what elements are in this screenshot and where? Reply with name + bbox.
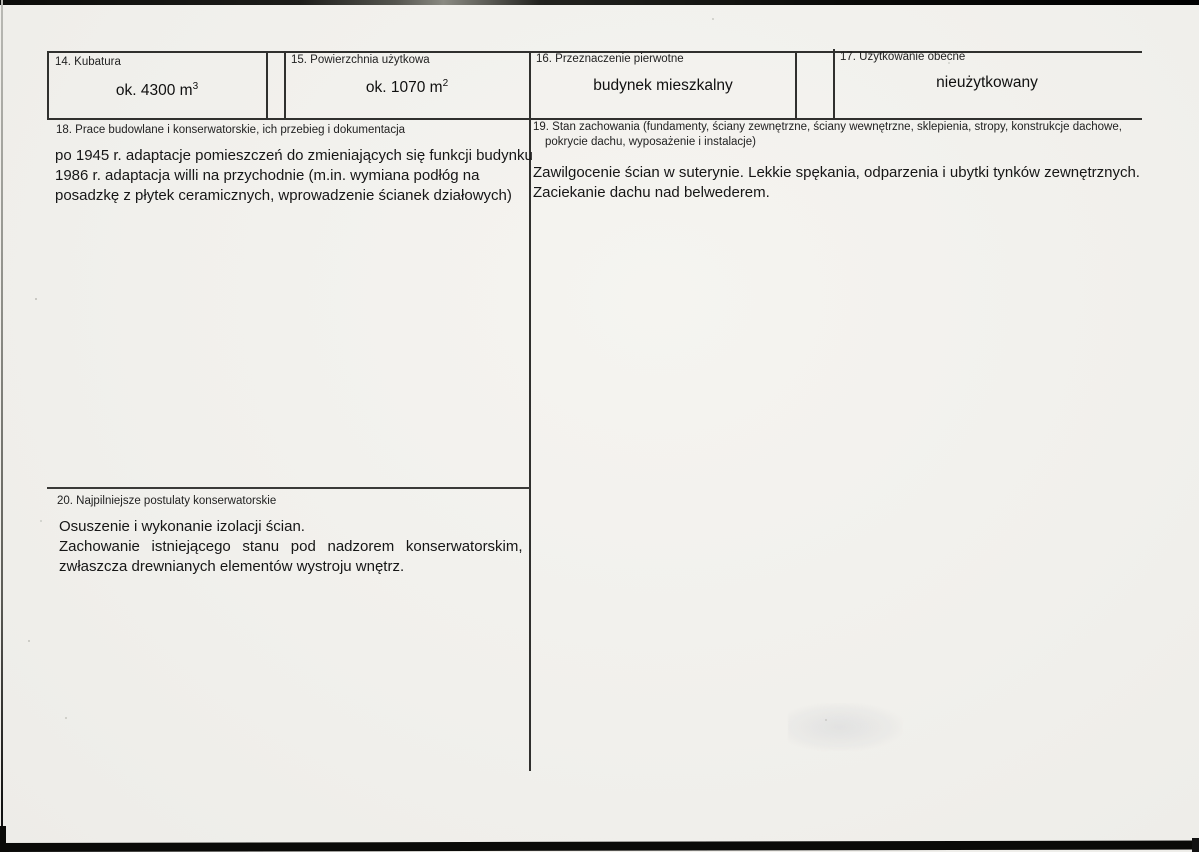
scan-corner-bottom-left — [0, 826, 6, 852]
scan-edge-left — [1, 0, 3, 852]
section-18-label: 18. Prace budowlane i konserwatorskie, i… — [56, 123, 526, 138]
section-19-body: Zawilgocenie ścian w suterynie. Lekkie s… — [533, 163, 1183, 203]
section-18-body: po 1945 r. adaptacje pomieszczeń do zmie… — [55, 146, 530, 206]
scan-corner-bottom-right — [1192, 838, 1199, 852]
section-20-body: Osuszenie i wykonanie izolacji ścian. Za… — [59, 517, 531, 577]
field-15-value-text: ok. 1070 m — [366, 79, 443, 96]
field-14-value-text: ok. 4300 m — [116, 82, 193, 99]
field-17-value-text: nieużytkowany — [936, 74, 1038, 91]
section-20-line: zwłaszcza drewnianych elementów wystroju… — [59, 557, 531, 577]
field-16-label: 16. Przeznaczenie pierwotne — [536, 53, 684, 66]
scanned-form-page: 14. Kubatura ok. 4300 m3 15. Powierzchni… — [0, 0, 1199, 852]
field-17-value: nieużytkowany — [833, 74, 1141, 92]
section-18-line: posadzkę z płytek ceramicznych, wprowadz… — [55, 186, 530, 206]
field-15-value-sup: 2 — [443, 78, 449, 89]
section-20-line: Zachowanie istniejącego stanu pod nadzor… — [59, 537, 531, 557]
section-19-label: 19. Stan zachowania (fundamenty, ściany … — [533, 120, 1160, 150]
field-16-value-text: budynek mieszkalny — [593, 77, 733, 94]
field-17-label: 17. Użytkowanie obecne — [840, 51, 965, 64]
section-18-line: 1986 r. adaptacja willi na przychodnie (… — [55, 166, 530, 186]
section-19-line: Zaciekanie dachu nad belwederem. — [533, 183, 1183, 203]
scan-smudge — [788, 703, 903, 751]
scan-specks — [35, 298, 37, 300]
scan-edge-bottom — [0, 840, 1199, 852]
field-14-label: 14. Kubatura — [55, 56, 121, 69]
section-18-line: po 1945 r. adaptacje pomieszczeń do zmie… — [55, 146, 530, 166]
field-15-label: 15. Powierzchnia użytkowa — [291, 54, 430, 67]
field-15-value: ok. 1070 m2 — [284, 78, 530, 97]
section-19-line: Zawilgocenie ścian w suterynie. Lekkie s… — [533, 163, 1183, 183]
section-20-line: Osuszenie i wykonanie izolacji ścian. — [59, 517, 531, 537]
field-14-value: ok. 4300 m3 — [47, 81, 267, 100]
field-16-value: budynek mieszkalny — [530, 77, 796, 95]
scan-edge-top — [0, 0, 1199, 5]
section-20-top-border — [47, 487, 530, 489]
field-14-value-sup: 3 — [193, 81, 199, 92]
section-20-label: 20. Najpilniejsze postulaty konserwators… — [57, 494, 527, 509]
